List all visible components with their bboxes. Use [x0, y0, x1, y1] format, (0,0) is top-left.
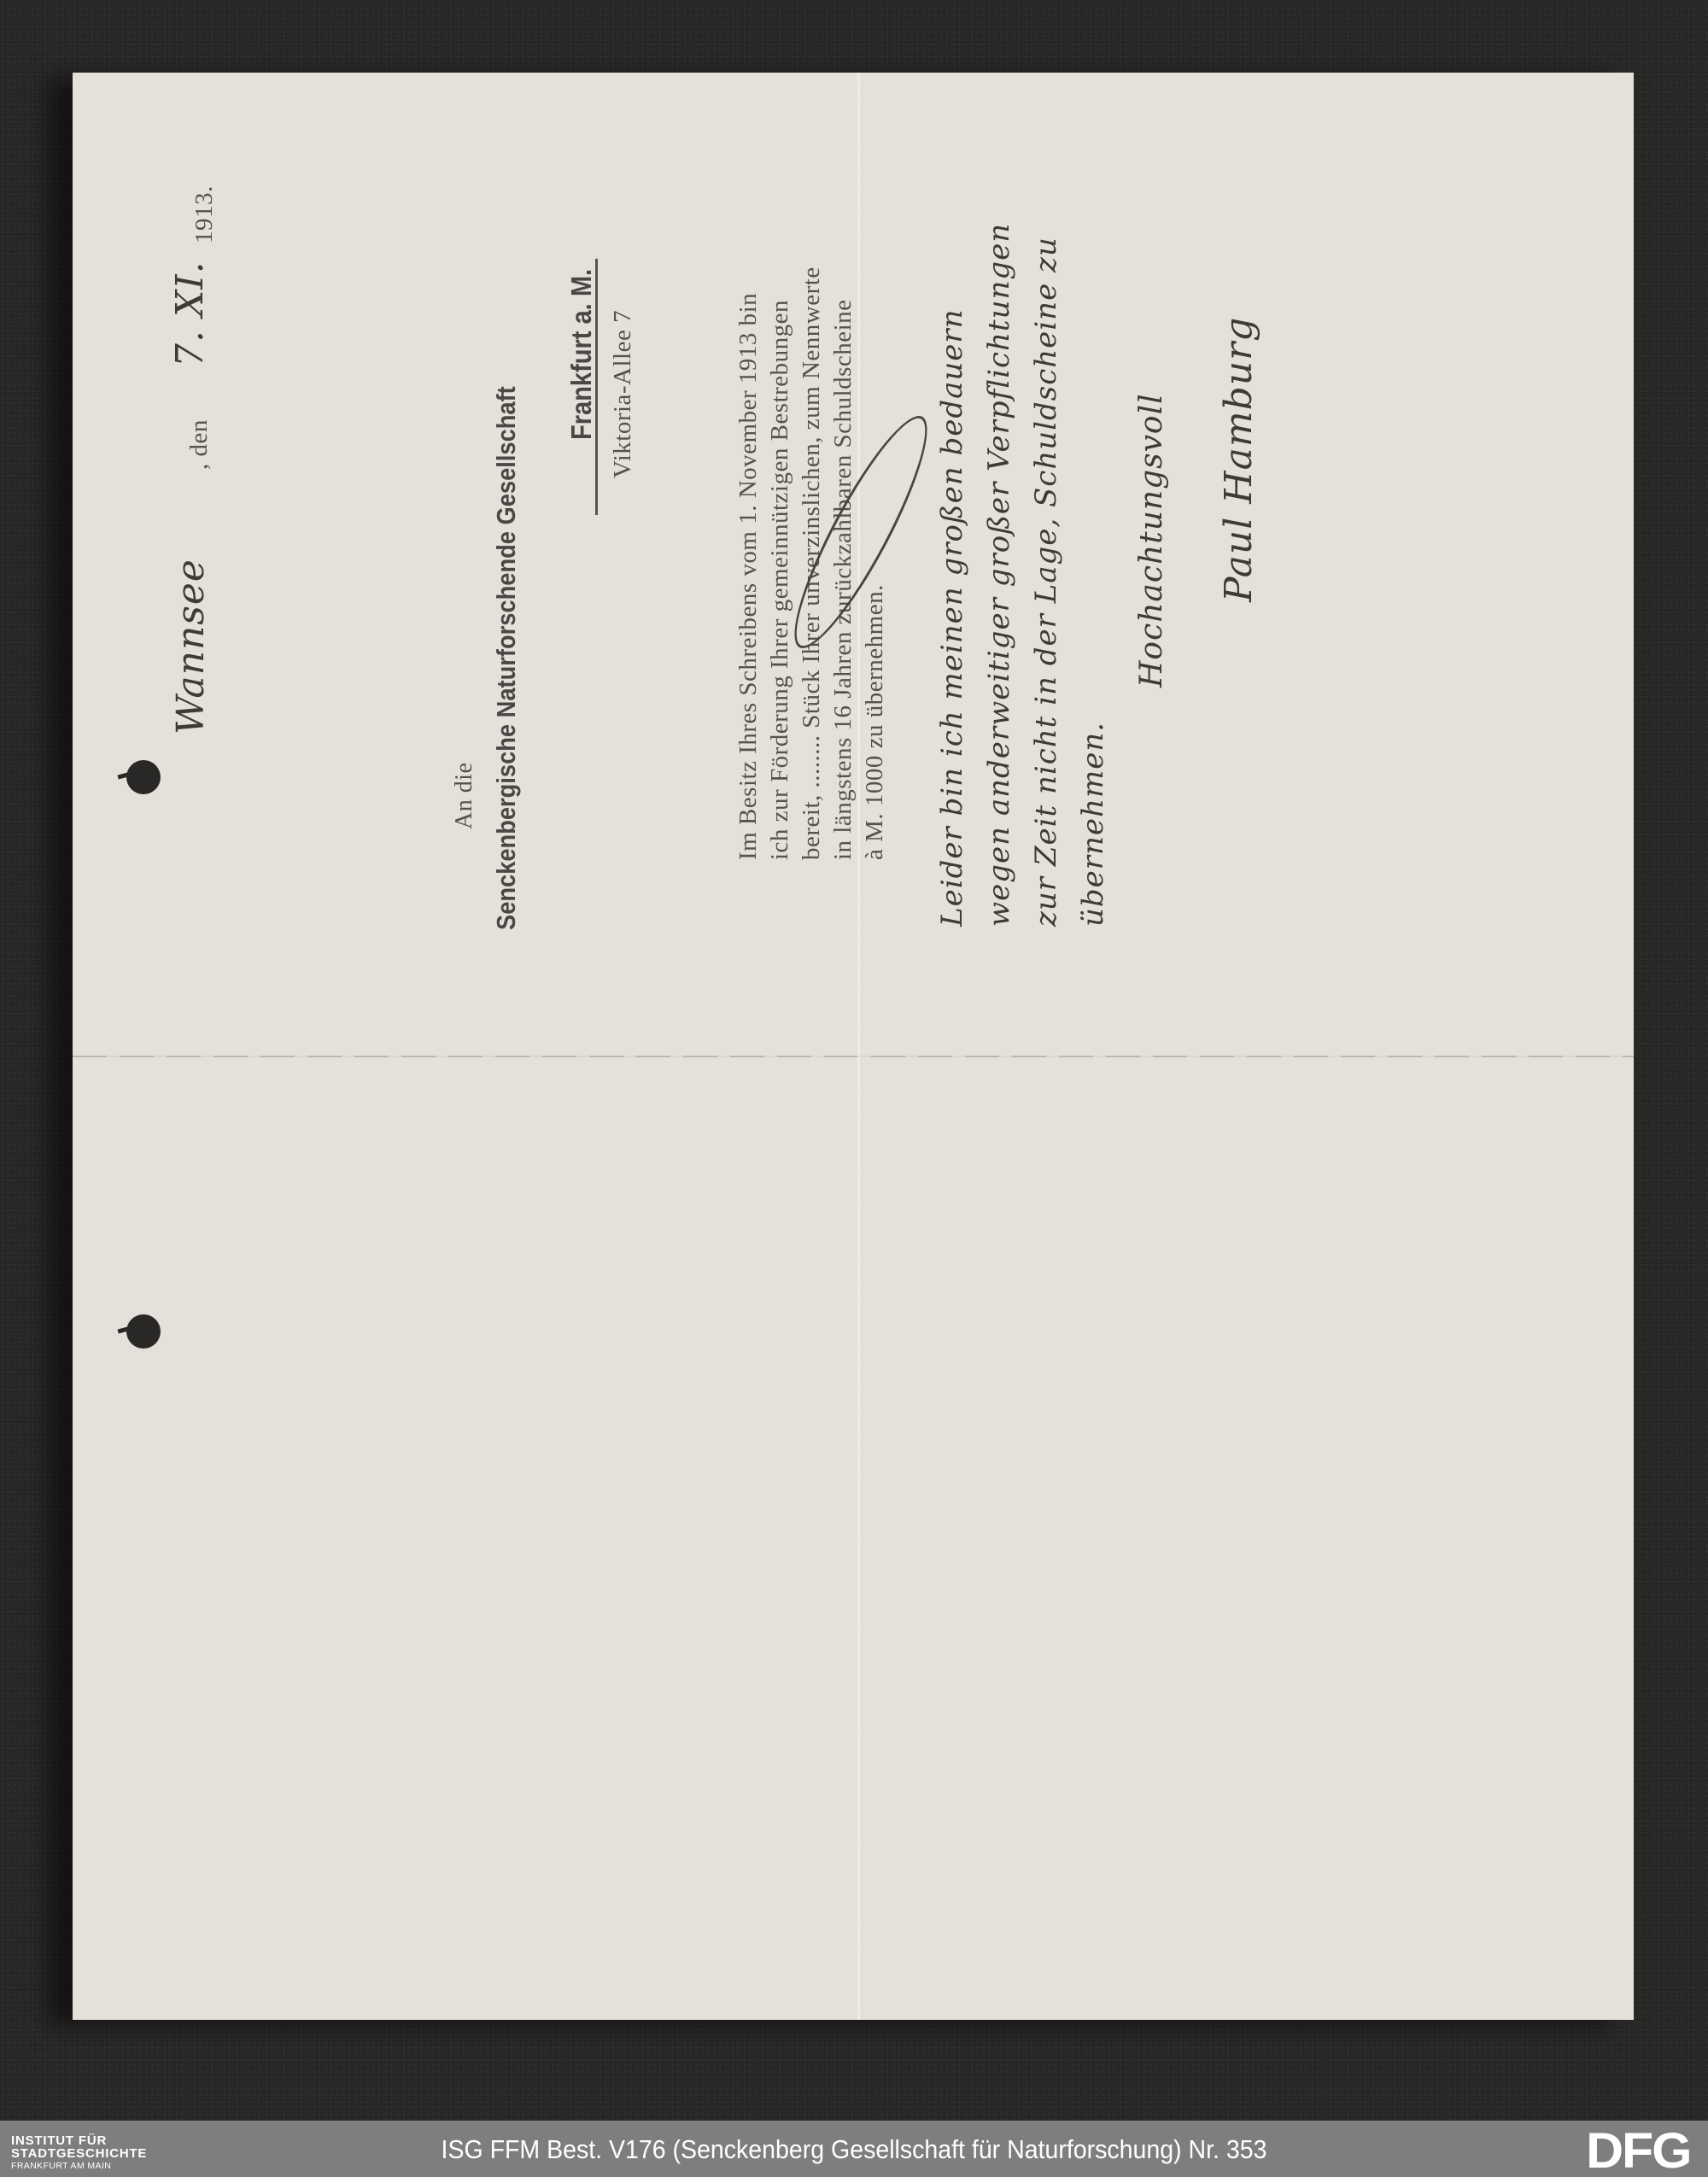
body-line-2: ich zur Förderung Ihrer gemeinnützigen B… — [766, 300, 794, 860]
vertical-fold-line — [857, 73, 860, 2020]
note-line-1: Leider bin ich meinen großen bedauern — [935, 308, 969, 927]
city-underline — [595, 259, 598, 515]
place-handwritten: Wannsee — [169, 559, 213, 734]
letter-sheet: Wannsee , den 7. XI. 1913. An die Sencke… — [73, 73, 1634, 2020]
horizontal-fold-line — [73, 1056, 1634, 1057]
closing: Hochachtungsvoll — [1134, 393, 1169, 688]
note-line-4: übernehmen. — [1076, 722, 1110, 927]
body-line-1: Im Besitz Ihres Schreibens vom 1. Novemb… — [734, 293, 763, 860]
date-handwritten: 7. XI. — [168, 260, 212, 367]
recipient-city: Frankfurt a. M. — [565, 269, 598, 440]
punch-hole-bottom — [126, 1314, 161, 1349]
dfg-logo: DFG — [1586, 2129, 1690, 2174]
signature: Paul Hamburg — [1217, 317, 1261, 602]
year-printed: 1913. — [190, 185, 219, 243]
punch-hole-top — [126, 760, 161, 794]
body-line-5: à M. 1000 zu übernehmen. — [861, 584, 889, 860]
address-intro: An die — [451, 763, 478, 829]
archive-caption: ISG FFM Best. V176 (Senckenberg Gesellsc… — [68, 2134, 1640, 2165]
note-line-3: zur Zeit nicht in der Lage, Schuldschein… — [1029, 237, 1063, 927]
recipient-name: Senckenbergische Naturforschende Gesells… — [491, 386, 522, 930]
date-prefix: , den — [185, 419, 213, 470]
recipient-street: Viktoria-Allee 7 — [609, 310, 637, 478]
note-line-2: wegen anderweitiger großer Verpflichtung… — [982, 223, 1016, 927]
archive-footer-bar: INSTITUT FÜR STADTGESCHICHTE FRANKFURT A… — [0, 2121, 1708, 2177]
